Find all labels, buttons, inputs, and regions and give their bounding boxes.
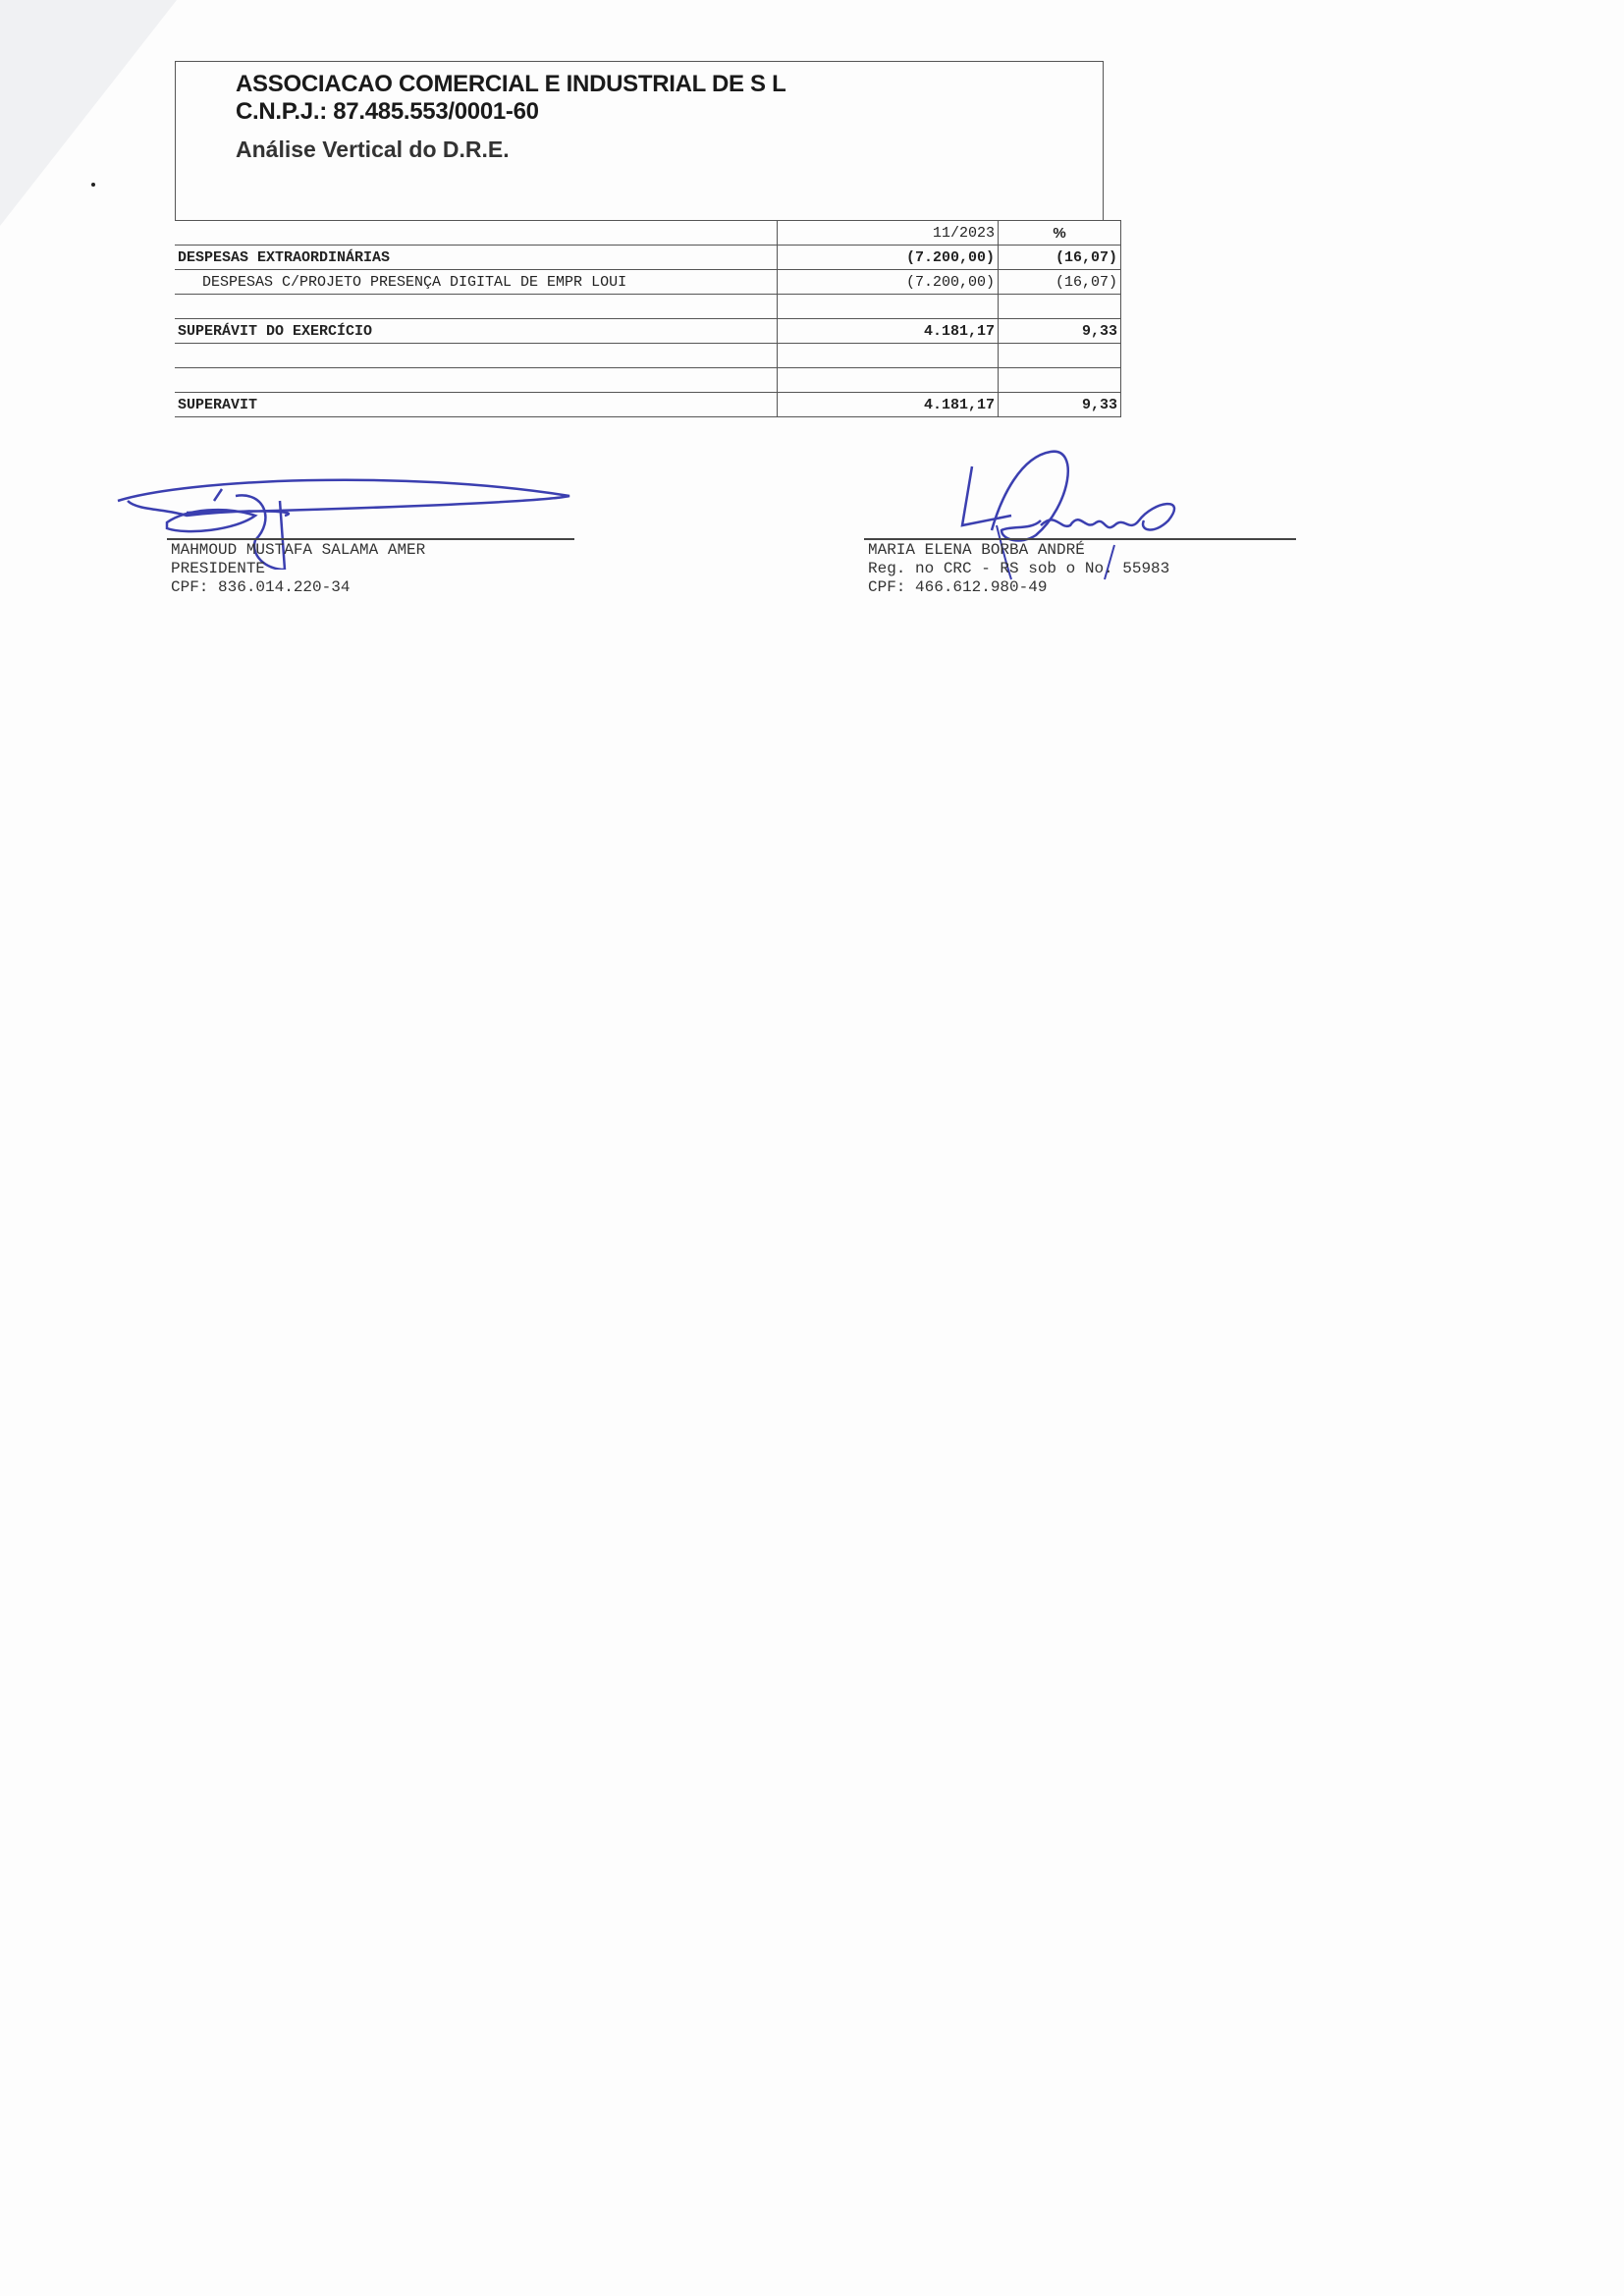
row-label: SUPERÁVIT DO EXERCÍCIO: [175, 319, 778, 344]
table-row-empty: [175, 295, 1121, 319]
signer-right-registration: Reg. no CRC - RS sob o No. 55983: [868, 560, 1169, 578]
row-label: [175, 344, 778, 368]
row-label: DESPESAS C/PROJETO PRESENÇA DIGITAL DE E…: [175, 270, 778, 295]
company-name: ASSOCIACAO COMERCIAL E INDUSTRIAL DE S L: [236, 71, 786, 98]
row-value: (7.200,00): [778, 270, 999, 295]
row-percent: [999, 295, 1121, 319]
header-percent: %: [999, 221, 1121, 246]
table-row: DESPESAS EXTRAORDINÁRIAS (7.200,00) (16,…: [175, 246, 1121, 270]
row-percent: [999, 344, 1121, 368]
signature-line-right: [864, 538, 1296, 540]
table-header-row: 11/2023 %: [175, 221, 1121, 246]
row-value: (7.200,00): [778, 246, 999, 270]
row-value: [778, 344, 999, 368]
row-value: [778, 368, 999, 393]
row-value: 4.181,17: [778, 393, 999, 417]
company-cnpj: C.N.P.J.: 87.485.553/0001-60: [236, 98, 539, 126]
dre-table: 11/2023 % DESPESAS EXTRAORDINÁRIAS (7.20…: [175, 220, 1121, 417]
signer-left-cpf: CPF: 836.014.220-34: [171, 578, 350, 597]
table-row: DESPESAS C/PROJETO PRESENÇA DIGITAL DE E…: [175, 270, 1121, 295]
header-label-cell: [175, 221, 778, 246]
row-percent: (16,07): [999, 246, 1121, 270]
table-row: SUPERÁVIT DO EXERCÍCIO 4.181,17 9,33: [175, 319, 1121, 344]
signer-left-role: PRESIDENTE: [171, 560, 265, 578]
page-fold-shadow: [0, 0, 177, 226]
header-period: 11/2023: [778, 221, 999, 246]
signer-right-cpf: CPF: 466.612.980-49: [868, 578, 1047, 597]
row-percent: (16,07): [999, 270, 1121, 295]
table-row-empty: [175, 344, 1121, 368]
row-label: DESPESAS EXTRAORDINÁRIAS: [175, 246, 778, 270]
row-percent: 9,33: [999, 319, 1121, 344]
row-label: SUPERAVIT: [175, 393, 778, 417]
scan-speck: [91, 183, 95, 187]
row-value: [778, 295, 999, 319]
signer-right-name: MARIA ELENA BORBA ANDRÉ: [868, 541, 1085, 560]
table-row-empty: [175, 368, 1121, 393]
row-percent: [999, 368, 1121, 393]
row-label: [175, 295, 778, 319]
signature-line-left: [167, 538, 574, 540]
report-title: Análise Vertical do D.R.E.: [236, 136, 510, 163]
row-value: 4.181,17: [778, 319, 999, 344]
table-row: SUPERAVIT 4.181,17 9,33: [175, 393, 1121, 417]
signer-left-name: MAHMOUD MUSTAFA SALAMA AMER: [171, 541, 425, 560]
row-label: [175, 368, 778, 393]
row-percent: 9,33: [999, 393, 1121, 417]
